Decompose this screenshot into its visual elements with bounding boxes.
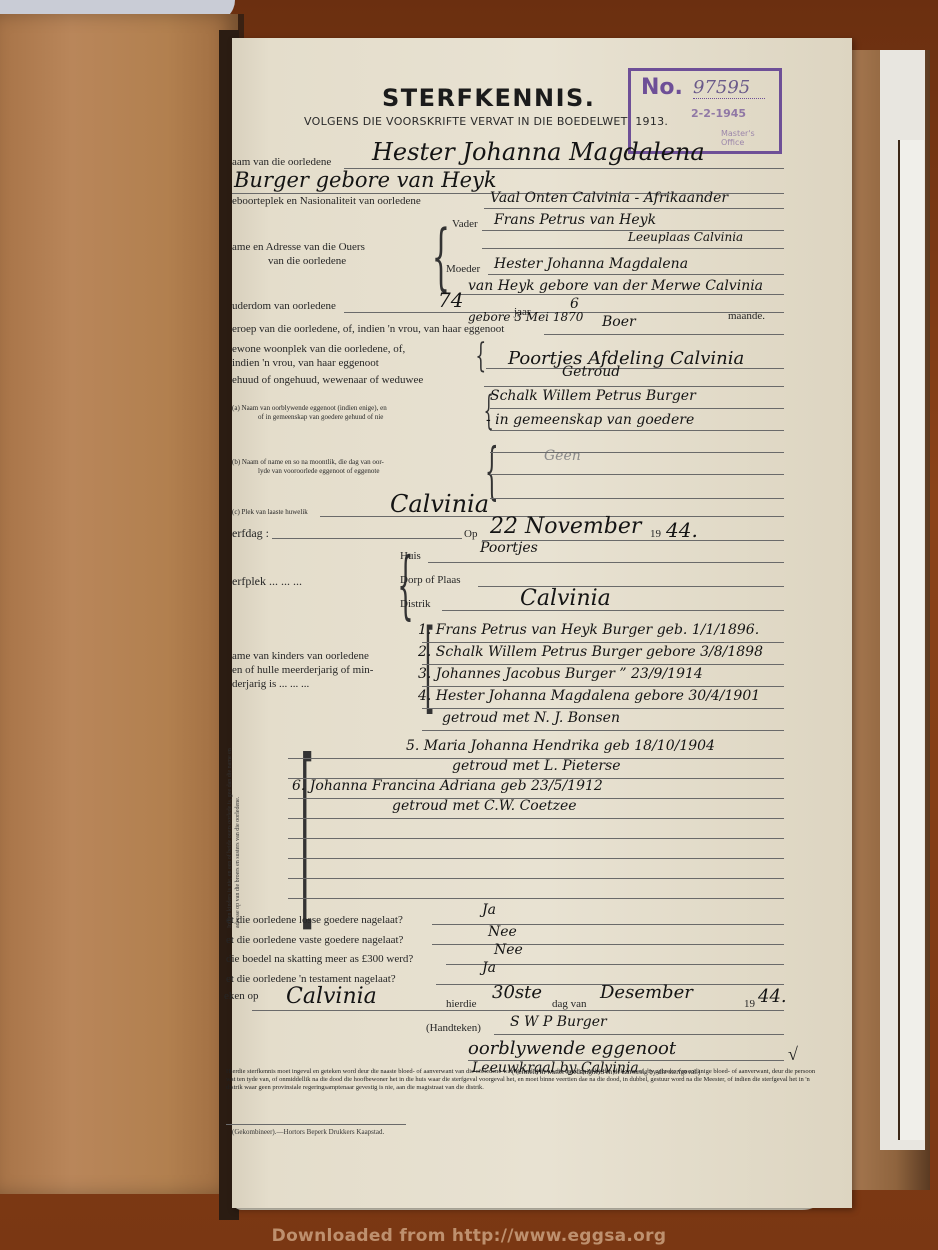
stamp-date: 2-2-1945: [691, 107, 746, 120]
child-entry: getroud met N. J. Bonsen: [442, 710, 620, 726]
parents-brace: {: [432, 214, 450, 298]
stamp-office: Master's Office: [721, 129, 779, 147]
name-value-cont: Burger gebore van Heyk: [234, 168, 497, 192]
child-entry: 5. Maria Johanna Hendrika geb 18/10/1904: [406, 738, 715, 754]
residence-value: Poortjes Afdeling Calvinia: [508, 348, 744, 369]
spouse-line: [490, 408, 784, 409]
mother-value-cont: van Heyk gebore van der Merwe Calvinia: [468, 278, 763, 294]
birthplace-line: [484, 208, 784, 209]
signed-place: Calvinia: [286, 984, 377, 1009]
birthplace-value: Vaal Onten Calvinia - Afrikaander: [490, 190, 728, 206]
age-months-label: maande.: [728, 310, 765, 322]
married-line: [484, 386, 784, 387]
value-value: Nee: [494, 942, 523, 958]
occupation-value: Boer: [602, 314, 636, 330]
stamp-prefix: No.: [641, 75, 683, 100]
children-side-note: Indien kinders is nie, en een of beide o…: [226, 738, 266, 928]
printer-imprint: (Gekombineer).—Hortors Beperk Drukkers K…: [232, 1128, 384, 1136]
name-value: Hester Johanna Magdalena: [372, 138, 705, 166]
death-date-value: 22 November: [490, 514, 641, 539]
death-date-label: erfdag :: [232, 526, 269, 541]
residence-brace: {: [475, 336, 486, 376]
death-year-value: 44.: [666, 518, 698, 542]
movables-value: Ja: [482, 902, 496, 918]
children-label-2: en of hulle meerderjarig of min-: [232, 664, 373, 676]
signature-value: S W P Burger: [510, 1014, 607, 1030]
capacity-value: oorblywende eggenoot: [468, 1038, 676, 1059]
father-value: Frans Petrus van Heyk: [494, 212, 656, 228]
house-label: Huis: [400, 550, 421, 562]
child-line: [422, 642, 784, 643]
mother-line: [488, 274, 784, 275]
parents-label: ame en Adresse van die Ouers: [232, 241, 365, 253]
watermark: Downloaded from http://www.eggsa.org: [0, 1226, 938, 1246]
signed-label: eken op: [224, 990, 259, 1002]
death-date-line-a: [272, 538, 462, 539]
father-label: Vader: [452, 218, 478, 230]
child-entry: getroud met L. Pieterse: [452, 758, 621, 774]
residence-label: ewone woonplek van die oorledene, of,: [232, 343, 405, 355]
form-subtitle: VOLGENS DIE VOORSKRIFTE VERVAT IN DIE BO…: [304, 115, 668, 128]
children-label: ame van kinders van oorledene: [232, 650, 369, 662]
death-place-label: erfplek ... ... ...: [232, 574, 302, 589]
mother-label: Moeder: [446, 263, 480, 275]
footnote: Hierdie sterfkennis moet ingevul en gete…: [226, 1068, 816, 1092]
child-entry: 4. Hester Johanna Magdalena gebore 30/4/…: [418, 688, 760, 704]
age-label: uderdom van oorledene: [232, 300, 336, 312]
district-value: Calvinia: [520, 586, 611, 611]
signature-line: [494, 1034, 784, 1035]
parents-label-2: van die oorledene: [268, 255, 346, 267]
child-entry: 3. Johannes Jacobus Burger ” 23/9/1914: [418, 666, 703, 682]
mother-line-2: [458, 294, 784, 295]
prev-spouse-line-2: [490, 474, 784, 475]
town-label: Dorp of Plaas: [400, 574, 461, 586]
death-notice-form: STERFKENNIS. VOLGENS DIE VOORSKRIFTE VER…: [232, 38, 852, 1208]
child-line: [422, 664, 784, 665]
prev-spouse-label: (b) Naam of name en so na moontlik, die …: [232, 458, 384, 467]
child-line: [422, 730, 784, 731]
child-line: [422, 708, 784, 709]
signed-year: 44.: [758, 986, 787, 1007]
district-line: [442, 610, 784, 611]
child-line: [288, 898, 784, 899]
movables-label: et die oorledene losse goedere nagelaat?: [226, 914, 403, 926]
form-title: STERFKENNIS.: [382, 84, 595, 112]
married-label: ehuud of ongehuud, wewenaar of weduwee: [232, 374, 423, 386]
stamp-number: 97595: [693, 77, 765, 99]
marriage-place-label: (c) Plek van laaste huwelik: [232, 508, 308, 517]
father-line-2: [482, 248, 784, 249]
immovables-label: et die oorledene vaste goedere nagelaat?: [226, 934, 403, 946]
child-line: [288, 838, 784, 839]
value-label: die boedel na skatting meer as £300 werd…: [226, 953, 413, 965]
child-entry: 6. Johanna Francina Adriana geb 23/5/191…: [292, 778, 603, 794]
father-address: Leeuplaas Calvinia: [628, 230, 743, 244]
check-mark: √: [788, 1044, 798, 1065]
residence-label-2: indien 'n vrou, van haar eggenoot: [232, 357, 379, 369]
death-date-op: Op: [464, 528, 477, 540]
spouse-label: (a) Naam van oorblywende eggenoot (indie…: [232, 404, 387, 413]
marriage-place-value: Calvinia: [390, 490, 489, 518]
mother-value: Hester Johanna Magdalena: [494, 256, 688, 272]
value-line: [446, 964, 784, 965]
born-note: gebore 3 Mei 1870: [468, 310, 583, 324]
signed-year-prefix: 19: [744, 998, 755, 1010]
child-entry: getroud met C.W. Coetzee: [392, 798, 577, 814]
age-years: 74: [438, 288, 463, 312]
children-label-3: derjarig is ... ... ...: [232, 678, 309, 690]
occupation-label: eroep van die oorledene, of, indien 'n v…: [232, 323, 504, 335]
spouse-label-2: of in gemeenskap van goedere gehuud of n…: [258, 413, 383, 422]
child-entry: 1. Frans Petrus van Heyk Burger geb. 1/1…: [418, 622, 759, 638]
birthplace-label: eboorteplek en Nasionaliteit van oorlede…: [232, 195, 421, 207]
signature-label: (Handteken): [426, 1022, 481, 1034]
will-value: Ja: [482, 960, 496, 976]
signed-month: Desember: [600, 982, 693, 1003]
footnote-rule: [226, 1124, 406, 1125]
married-value: Getroud: [562, 364, 620, 380]
signed-day-label: hierdie: [446, 998, 477, 1010]
immovables-value: Nee: [488, 924, 517, 940]
house-line: [428, 562, 784, 563]
signed-day: 30ste: [492, 982, 542, 1003]
prev-spouse-label-2: lyde van vooroorlede eggenoot of eggenot…: [258, 467, 380, 476]
occupation-line: [544, 334, 784, 335]
signed-line: [252, 1010, 784, 1011]
name-label: aam van die oorledene: [232, 156, 331, 168]
movables-line: [432, 924, 784, 925]
prev-spouse-line: [490, 452, 784, 453]
immovables-line: [432, 944, 784, 945]
spouse-value: Schalk Willem Petrus Burger: [490, 388, 696, 404]
prev-spouse-line-3: [490, 498, 784, 499]
death-year-prefix: 19: [650, 528, 661, 540]
child-line: [422, 686, 784, 687]
child-line: [288, 858, 784, 859]
folder-cover-left: [0, 14, 244, 1194]
page-edges-right: [898, 140, 924, 1140]
spouse-line-2: [490, 430, 784, 431]
prev-spouse-value: Geen: [544, 448, 581, 464]
child-line: [288, 818, 784, 819]
spouse-value-cont: - in gemeenskap van goedere: [486, 412, 694, 428]
signed-month-label: dag van: [552, 998, 587, 1010]
child-line: [288, 878, 784, 879]
child-entry: 2. Schalk Willem Petrus Burger gebore 3/…: [418, 644, 763, 660]
house-value: Poortjes: [480, 540, 538, 556]
residence-line: [486, 368, 784, 369]
